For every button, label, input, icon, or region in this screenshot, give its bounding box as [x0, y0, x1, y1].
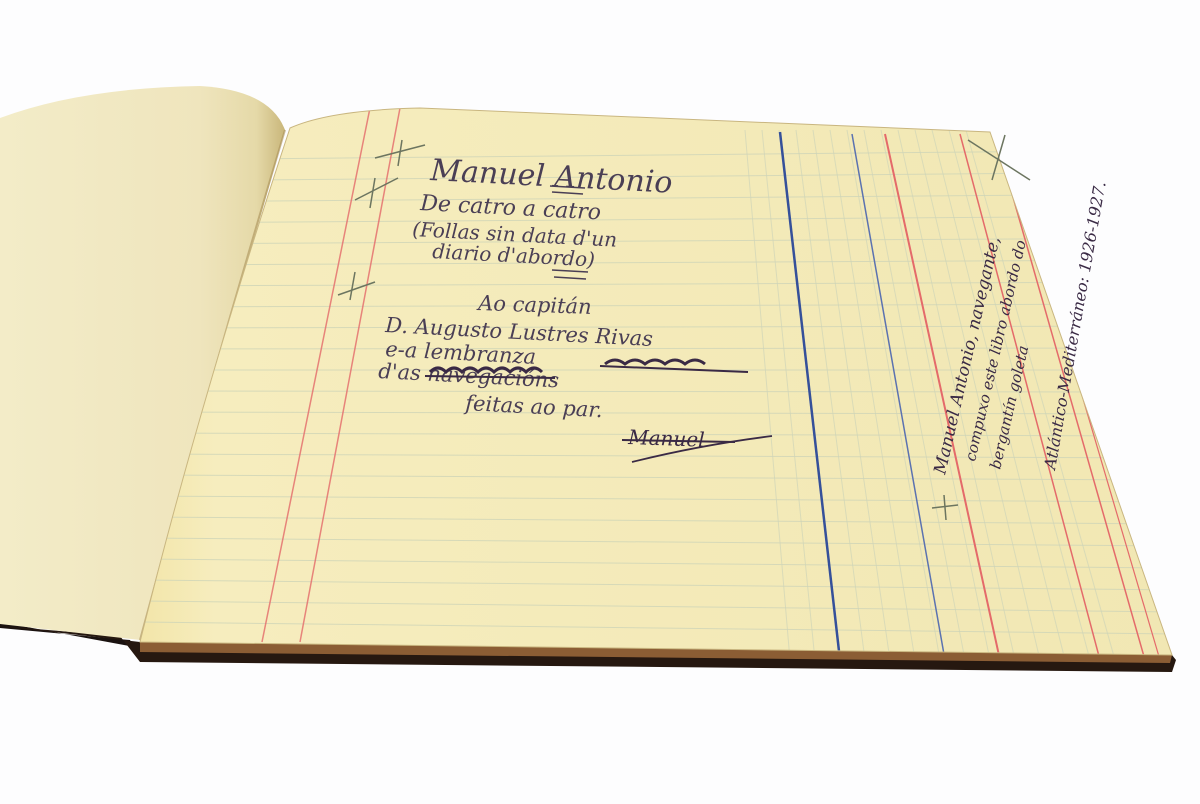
- dedication-line-1: Ao capitán: [476, 291, 592, 319]
- notebook-photo: Manuel Antonio De catro a catro (Follas …: [0, 0, 1200, 804]
